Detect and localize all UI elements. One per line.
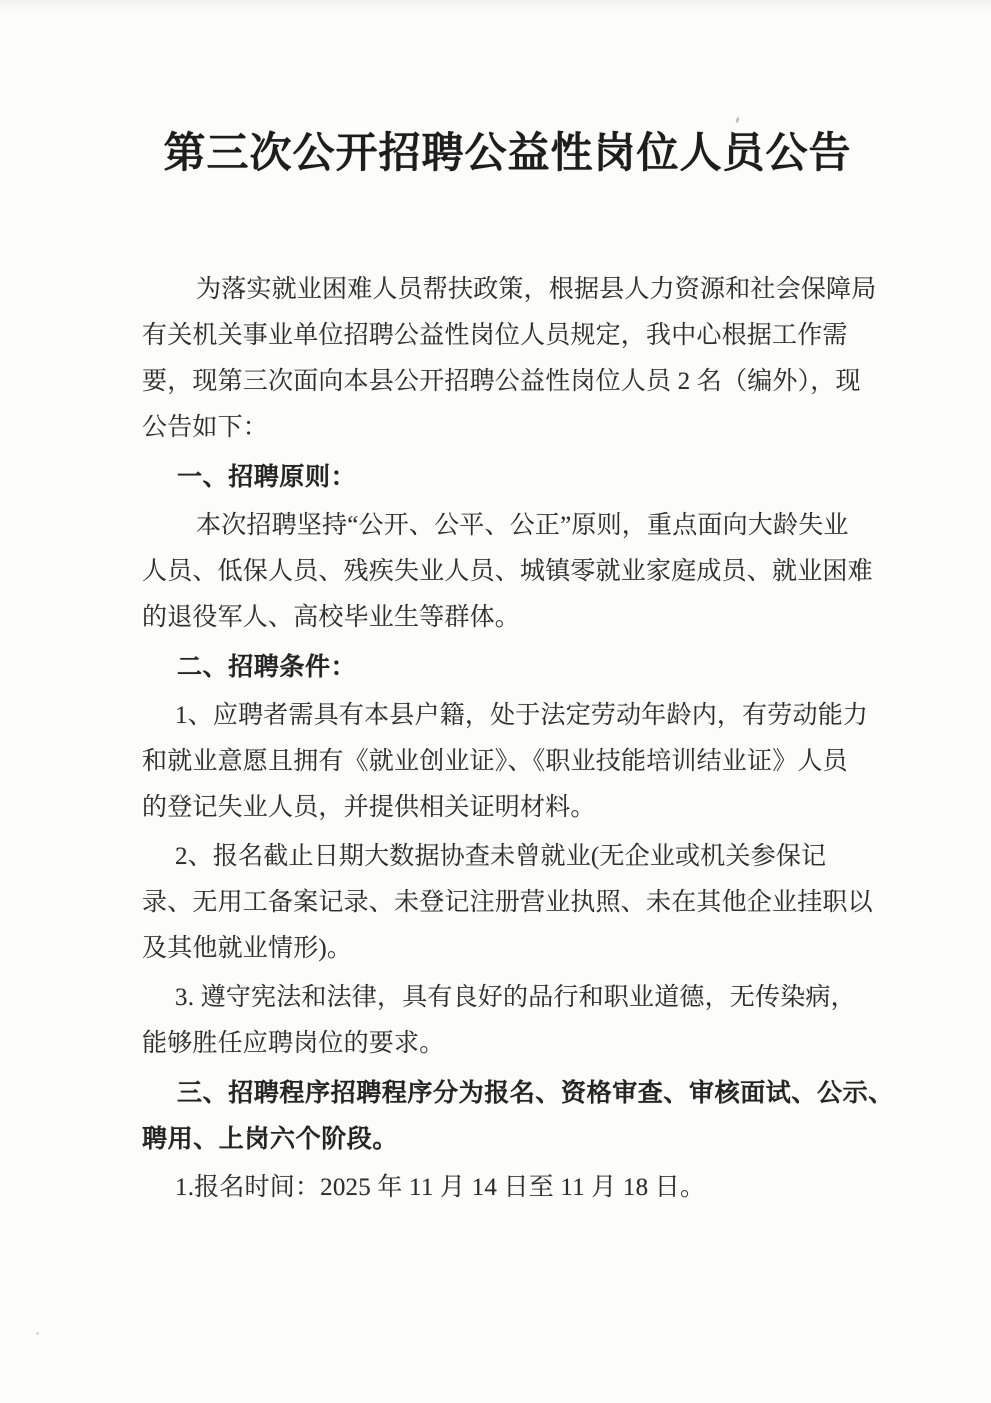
intro-paragraph: 为落实就业困难人员帮扶政策，根据县人力资源和社会保障局 有关机关事业单位招聘公益… <box>142 267 873 451</box>
paragraph-line: 能够胜任应聘岗位的要求。 <box>142 1021 873 1067</box>
section-heading-text: 聘用、上岗六个阶段。 <box>142 1116 873 1162</box>
paragraph-line: 的退役军人、高校毕业生等群体。 <box>142 595 873 641</box>
section-heading-text: 一、招聘原则： <box>142 454 873 500</box>
condition-3: 3. 遵守宪法和法律，具有良好的品行和职业道德，无传染病， 能够胜任应聘岗位的要… <box>142 975 873 1067</box>
document-text: 为落实就业困难人员帮扶政策，根据县人力资源和社会保障局 有关机关事业单位招聘公益… <box>142 267 873 1211</box>
section-3-heading-paragraph: 三、招聘程序招聘程序分为报名、资格审查、审核面试、公示、 聘用、上岗六个阶段。 <box>142 1070 873 1162</box>
paragraph-line: 3. 遵守宪法和法律，具有良好的品行和职业道德，无传染病， <box>142 975 873 1021</box>
section-2-heading: 二、招聘条件： <box>142 644 873 690</box>
paragraph-line: 2、报名截止日期大数据协查未曾就业(无企业或机关参保记 <box>142 834 873 880</box>
paragraph-line: 1.报名时间：2025 年 11 月 14 日至 11 月 18 日。 <box>142 1165 873 1211</box>
section-1-heading: 一、招聘原则： <box>142 454 873 500</box>
scan-dust-speck <box>36 1332 39 1335</box>
section-heading-text: 三、招聘程序招聘程序分为报名、资格审查、审核面试、公示、 <box>142 1070 873 1116</box>
paragraph-line: 1、应聘者需具有本县户籍，处于法定劳动年龄内，有劳动能力 <box>142 693 873 739</box>
condition-2: 2、报名截止日期大数据协查未曾就业(无企业或机关参保记 录、无用工备案记录、未登… <box>142 834 873 972</box>
paragraph-line: 录、无用工备案记录、未登记注册营业执照、未在其他企业挂职以 <box>142 880 873 926</box>
paragraph-line: 本次招聘坚持“公开、公平、公正”原则，重点面向大龄失业 <box>142 503 873 549</box>
paragraph-line: 有关机关事业单位招聘公益性岗位人员规定，我中心根据工作需 <box>142 313 873 359</box>
paragraph-line: 及其他就业情形)。 <box>142 926 873 972</box>
section-1-paragraph: 本次招聘坚持“公开、公平、公正”原则，重点面向大龄失业 人员、低保人员、残疾失业… <box>142 503 873 641</box>
paragraph-line: 要，现第三次面向本县公开招聘公益性岗位人员 2 名（编外），现 <box>142 359 873 405</box>
condition-1: 1、应聘者需具有本县户籍，处于法定劳动年龄内，有劳动能力 和就业意愿且拥有《就业… <box>142 693 873 831</box>
scanned-document-page: 第三次公开招聘公益性岗位人员公告 为落实就业困难人员帮扶政策，根据县人力资源和社… <box>0 0 991 1403</box>
signup-time: 1.报名时间：2025 年 11 月 14 日至 11 月 18 日。 <box>142 1165 873 1211</box>
document-title: 第三次公开招聘公益性岗位人员公告 <box>142 126 873 182</box>
section-heading-text: 二、招聘条件： <box>142 644 873 690</box>
paragraph-line: 公告如下： <box>142 405 873 451</box>
paragraph-line: 和就业意愿且拥有《就业创业证》、《职业技能培训结业证》人员 <box>142 739 873 785</box>
paragraph-line: 的登记失业人员，并提供相关证明材料。 <box>142 785 873 831</box>
document-body: 第三次公开招聘公益性岗位人员公告 为落实就业困难人员帮扶政策，根据县人力资源和社… <box>0 0 991 1211</box>
paragraph-line: 人员、低保人员、残疾失业人员、城镇零就业家庭成员、就业困难 <box>142 549 873 595</box>
paragraph-line: 为落实就业困难人员帮扶政策，根据县人力资源和社会保障局 <box>142 267 873 313</box>
